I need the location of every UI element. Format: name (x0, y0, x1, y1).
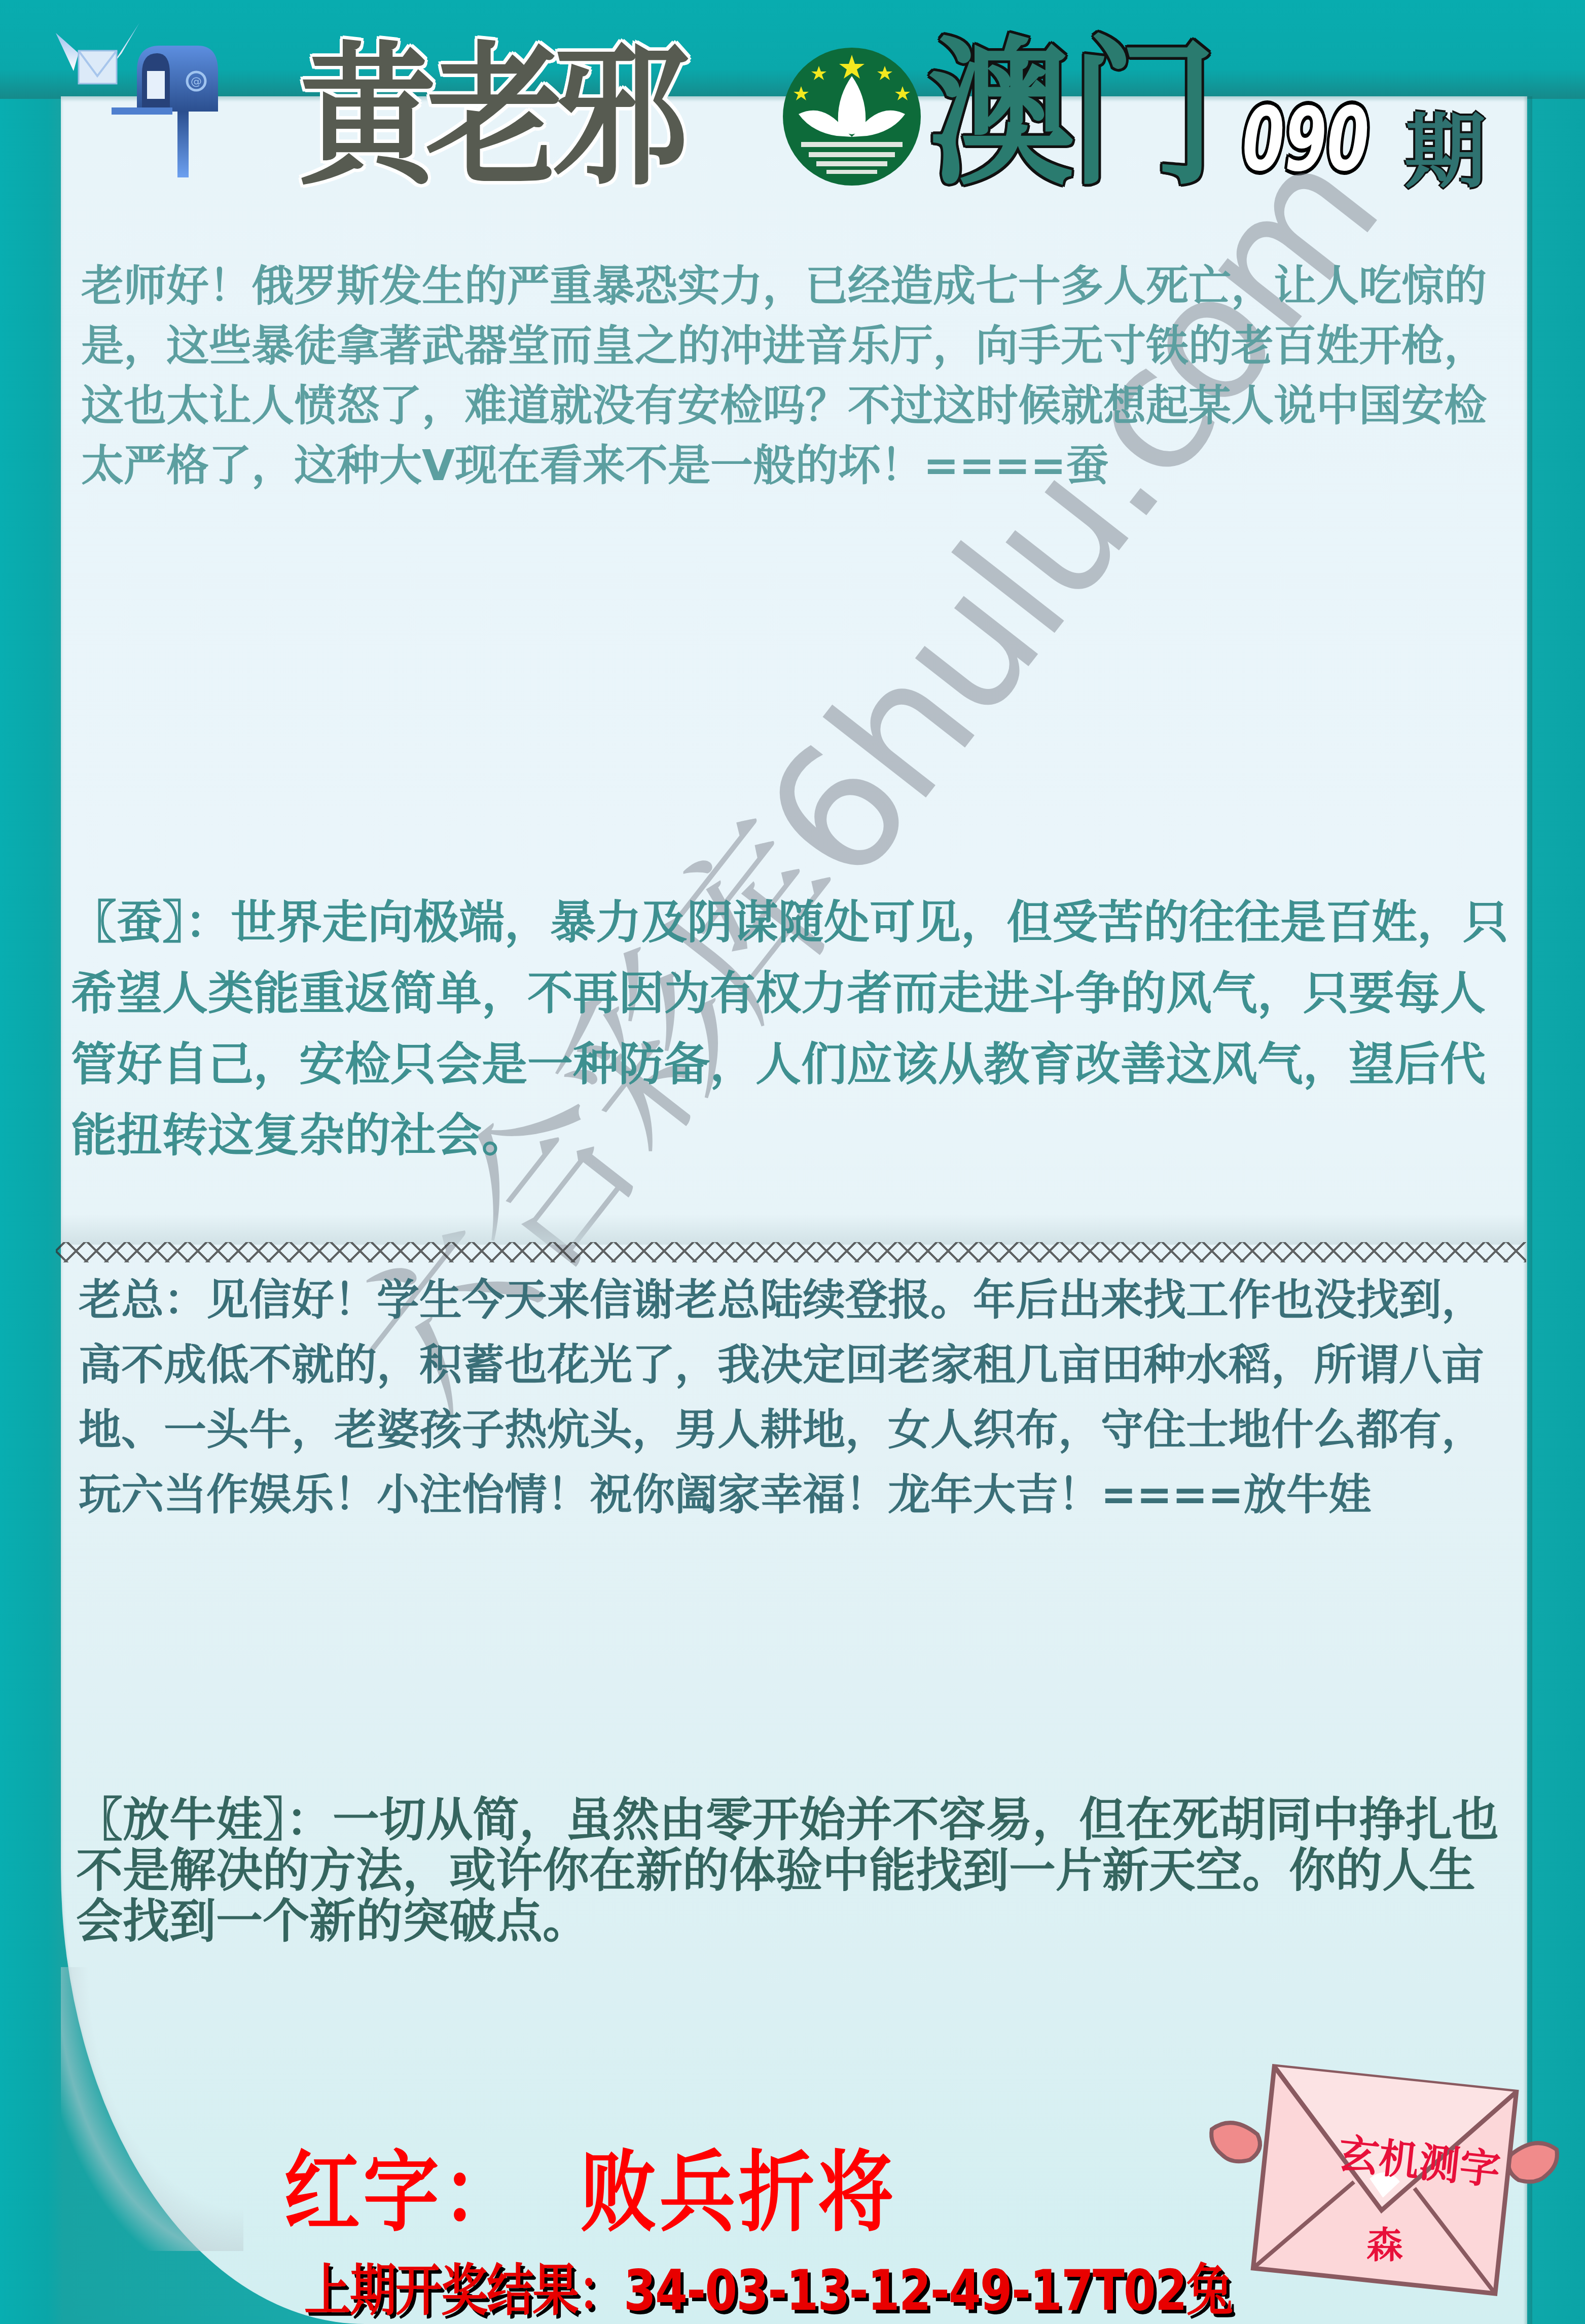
title-main: 黄老邪 (299, 41, 679, 194)
envelope-character: 森 (1366, 2216, 1403, 2268)
last-result-value: 34-03-13-12-49-17T02兔 (624, 2258, 1232, 2323)
letter-from-fangniuwa: 老总：见信好！学生今天来信谢老总陆续登报。年后出来找工作也没找到，高不成低不就的… (79, 1267, 1498, 1527)
mailbox-icon: @ (51, 10, 264, 177)
macau-emblem-icon (781, 46, 923, 188)
issue-suffix: 期 (1404, 112, 1486, 193)
reply-to-can: 〖蚕〗：世界走向极端，暴力及阴谋随处可见，但受苦的往往是百姓，只希望人类能重返简… (71, 887, 1521, 1171)
last-result-label: 上期开奖结果： (304, 2258, 624, 2323)
red-word: 红字： 败兵折将 (284, 2122, 896, 2247)
letter-from-can: 老师好！俄罗斯发生的严重暴恐实力，已经造成七十多人死亡，让人吃惊的是，这些暴徒拿… (81, 256, 1501, 495)
last-draw-result: 上期开奖结果：34-03-13-12-49-17T02兔 (304, 2246, 1232, 2324)
red-word-value: 败兵折将 (580, 2142, 896, 2243)
cross-stitch-divider (56, 1242, 1526, 1262)
separator-shadow (61, 1214, 1526, 1245)
reply-to-fangniuwa: 〖放牛娃〗：一切从简，虽然由零开始并不容易，但在死胡同中挣扎也不是解决的方法，或… (76, 1795, 1511, 1947)
winged-envelope-icon (1202, 2058, 1567, 2312)
red-word-label: 红字： (284, 2142, 521, 2243)
svg-text:@: @ (191, 76, 202, 88)
